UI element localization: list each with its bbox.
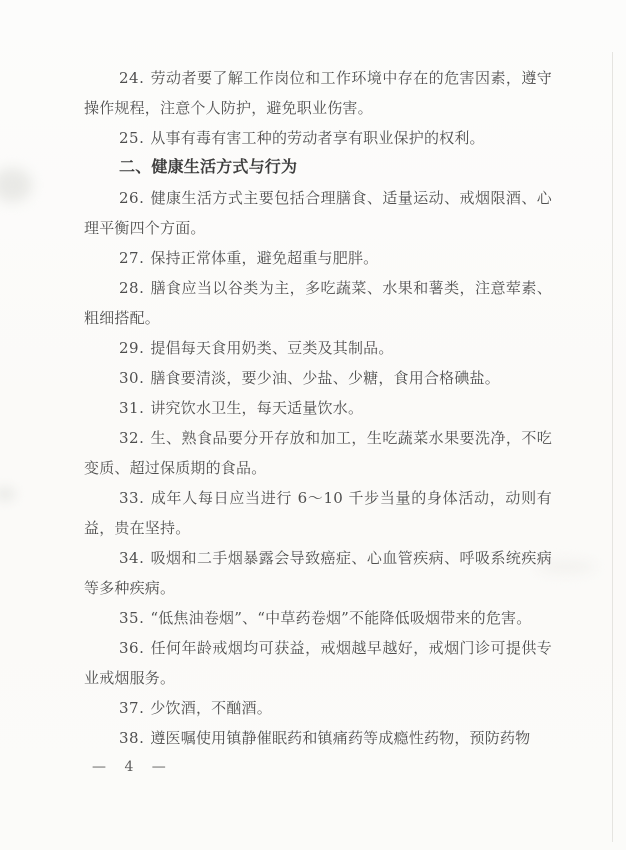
paragraph-text: 膳食要清淡，要少油、少盐、少糖，食用合格碘盐。 [150, 369, 500, 387]
paragraph: 38.遵医嘱使用镇静催眠药和镇痛药等成瘾性药物，预防药物 [84, 723, 552, 753]
item-number: 36. [119, 639, 144, 657]
paragraph: 26.健康生活方式主要包括合理膳食、适量运动、戒烟限酒、心理平衡四个方面。 [84, 183, 552, 243]
paragraph: 29.提倡每天食用奶类、豆类及其制品。 [84, 333, 552, 363]
paragraph: 37.少饮酒，不酗酒。 [84, 693, 552, 723]
paragraph-text: 成年人每日应当进行 6～10 千步当量的身体活动，动则有益，贵在坚持。 [84, 489, 552, 537]
item-number: 28. [119, 279, 144, 297]
paragraph-text: 劳动者要了解工作岗位和工作环境中存在的危害因素，遵守操作规程，注意个人防护，避免… [84, 69, 552, 117]
paragraph-text: 少饮酒，不酗酒。 [150, 699, 272, 717]
item-number: 30. [119, 369, 144, 387]
paragraph: 31.讲究饮水卫生，每天适量饮水。 [84, 393, 552, 423]
paragraph: 36.任何年龄戒烟均可获益，戒烟越早越好，戒烟门诊可提供专业戒烟服务。 [84, 633, 552, 693]
paragraph: 28.膳食应当以谷类为主，多吃蔬菜、水果和薯类，注意荤素、粗细搭配。 [84, 273, 552, 333]
item-number: 26. [119, 189, 144, 207]
scan-smudge [0, 486, 16, 502]
item-number: 27. [119, 249, 144, 267]
paragraph-text: 任何年龄戒烟均可获益，戒烟越早越好，戒烟门诊可提供专业戒烟服务。 [84, 639, 552, 687]
paragraph: 25.从事有毒有害工种的劳动者享有职业保护的权利。 [84, 123, 552, 153]
paragraph: 30.膳食要清淡，要少油、少盐、少糖，食用合格碘盐。 [84, 363, 552, 393]
item-number: 37. [119, 699, 144, 717]
paragraph-text: 讲究饮水卫生，每天适量饮水。 [150, 399, 363, 417]
paragraph-text: “低焦油卷烟”、“中草药卷烟”不能降低吸烟带来的危害。 [150, 609, 531, 627]
paragraph: 24.劳动者要了解工作岗位和工作环境中存在的危害因素，遵守操作规程，注意个人防护… [84, 63, 552, 123]
paragraph: 32.生、熟食品要分开存放和加工，生吃蔬菜水果要洗净，不吃变质、超过保质期的食品… [84, 423, 552, 483]
item-number: 32. [119, 429, 144, 447]
item-number: 35. [119, 609, 144, 627]
paragraph-text: 生、熟食品要分开存放和加工，生吃蔬菜水果要洗净，不吃变质、超过保质期的食品。 [84, 429, 552, 477]
item-number: 31. [119, 399, 144, 417]
paragraph: 34.吸烟和二手烟暴露会导致癌症、心血管疾病、呼吸系统疾病等多种疾病。 [84, 543, 552, 603]
paragraph-text: 健康生活方式主要包括合理膳食、适量运动、戒烟限酒、心理平衡四个方面。 [84, 189, 552, 237]
paragraph-text: 二、健康生活方式与行为 [119, 159, 297, 176]
item-number: 29. [119, 339, 144, 357]
document-body: 24.劳动者要了解工作岗位和工作环境中存在的危害因素，遵守操作规程，注意个人防护… [84, 63, 552, 753]
paragraph: 35.“低焦油卷烟”、“中草药卷烟”不能降低吸烟带来的危害。 [84, 603, 552, 633]
item-number: 33. [119, 489, 144, 507]
paragraph-text: 吸烟和二手烟暴露会导致癌症、心血管疾病、呼吸系统疾病等多种疾病。 [84, 549, 552, 597]
paragraph-text: 提倡每天食用奶类、豆类及其制品。 [150, 339, 393, 357]
paragraph-text: 膳食应当以谷类为主，多吃蔬菜、水果和薯类，注意荤素、粗细搭配。 [84, 279, 552, 327]
page-edge-line [612, 52, 613, 842]
paragraph: 二、健康生活方式与行为 [84, 153, 552, 183]
paragraph-text: 保持正常体重，避免超重与肥胖。 [150, 249, 378, 267]
paragraph-text: 遵医嘱使用镇静催眠药和镇痛药等成瘾性药物，预防药物 [150, 729, 530, 747]
scanned-document-page: 24.劳动者要了解工作岗位和工作环境中存在的危害因素，遵守操作规程，注意个人防护… [0, 0, 626, 850]
item-number: 24. [119, 69, 144, 87]
paragraph: 33.成年人每日应当进行 6～10 千步当量的身体活动，动则有益，贵在坚持。 [84, 483, 552, 543]
page-number: — 4 — [92, 757, 168, 777]
item-number: 34. [119, 549, 144, 567]
item-number: 25. [119, 129, 144, 147]
scan-smudge [0, 168, 32, 202]
paragraph-text: 从事有毒有害工种的劳动者享有职业保护的权利。 [150, 129, 484, 147]
paragraph: 27.保持正常体重，避免超重与肥胖。 [84, 243, 552, 273]
item-number: 38. [119, 729, 144, 747]
